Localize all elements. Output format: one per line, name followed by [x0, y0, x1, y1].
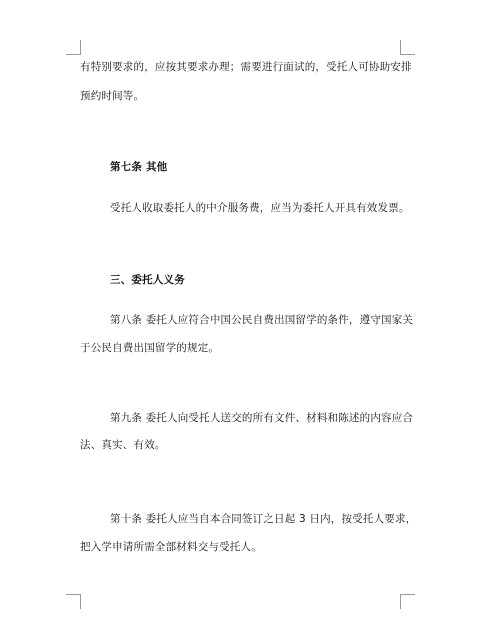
- article-9-line-1: 第九条 委托人向受托人送交的所有文件、材料和陈述的内容应合: [110, 411, 413, 425]
- article-7-heading: 第七条 其他: [110, 160, 167, 174]
- crop-mark-bottom-left: [66, 594, 81, 609]
- document-page: 有特别要求的，应按其要求办理；需要进行面试的，受托人可协助安排 预约时间等。 第…: [0, 0, 483, 644]
- article-10-line-1: 第十条 委托人应当自本合同签订之日起 3 日内，按受托人要求，: [110, 512, 416, 526]
- article-7-body: 受托人收取委托人的中介服务费，应当为委托人开具有效发票。: [110, 201, 410, 215]
- paragraph-continuation-line-2: 预约时间等。: [80, 89, 144, 103]
- paragraph-continuation-line-1: 有特别要求的，应按其要求办理；需要进行面试的，受托人可协助安排: [80, 60, 412, 74]
- article-9-line-2: 法、真实、有效。: [80, 438, 166, 452]
- section-3-heading: 三、委托人义务: [110, 273, 185, 287]
- article-8-line-2: 于公民自费出国留学的规定。: [80, 341, 219, 355]
- crop-mark-top-left: [66, 40, 81, 55]
- crop-mark-bottom-right: [400, 594, 415, 609]
- crop-mark-top-right: [400, 40, 415, 55]
- article-10-line-2: 把入学申请所需全部材料交与受托人。: [80, 540, 262, 554]
- article-8-line-1: 第八条 委托人应符合中国公民自费出国留学的条件，遵守国家关: [110, 313, 413, 327]
